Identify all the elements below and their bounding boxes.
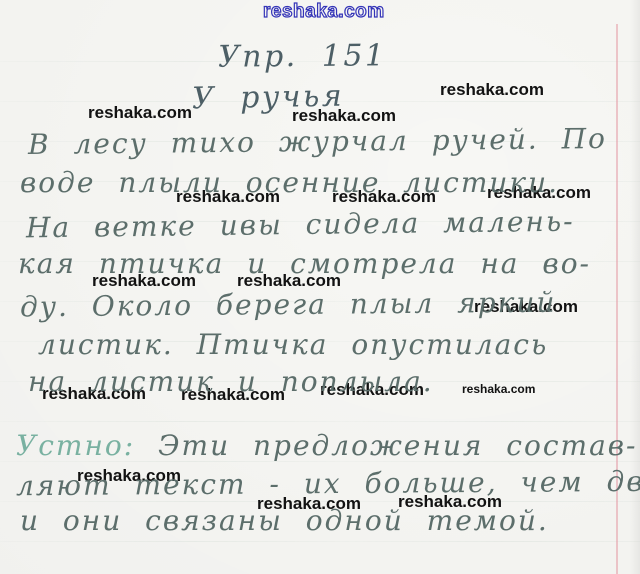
watermark-reshaka-outline: reshaka.com bbox=[263, 1, 385, 23]
handwritten-line: на листик и поплыла. bbox=[28, 366, 434, 398]
handwritten-line: На ветке ивы сидела малень- bbox=[26, 206, 575, 245]
notebook-page-photo: reshaka.com reshaka.com reshaka.com resh… bbox=[0, 0, 640, 574]
handwritten-line: ляют текст - их больше, чем два bbox=[16, 466, 640, 503]
watermark-reshaka-small: reshaka.com bbox=[462, 382, 535, 396]
watermark-reshaka: reshaka.com bbox=[440, 80, 544, 100]
exercise-number: Упр. 151 bbox=[218, 39, 387, 75]
exercise-title: У ручья bbox=[192, 80, 345, 117]
watermark-reshaka: reshaka.com bbox=[88, 103, 192, 123]
handwritten-line: воде плыли осенние листики. bbox=[20, 167, 559, 199]
handwritten-line: листик. Птичка опустилась bbox=[38, 329, 548, 361]
note-label-ustno: Устно: bbox=[16, 429, 135, 462]
handwritten-line: кая птичка и смотрела на во- bbox=[18, 248, 591, 280]
handwritten-line: ду. Около берега плыл яркий bbox=[20, 287, 557, 324]
handwritten-line: Устно: Эти предложения состав- bbox=[16, 430, 638, 462]
handwritten-line: и они связаны одной темой. bbox=[20, 505, 549, 537]
note-text: Эти предложения состав- bbox=[158, 429, 637, 462]
handwritten-line: В лесу тихо журчал ручей. По bbox=[28, 123, 607, 161]
